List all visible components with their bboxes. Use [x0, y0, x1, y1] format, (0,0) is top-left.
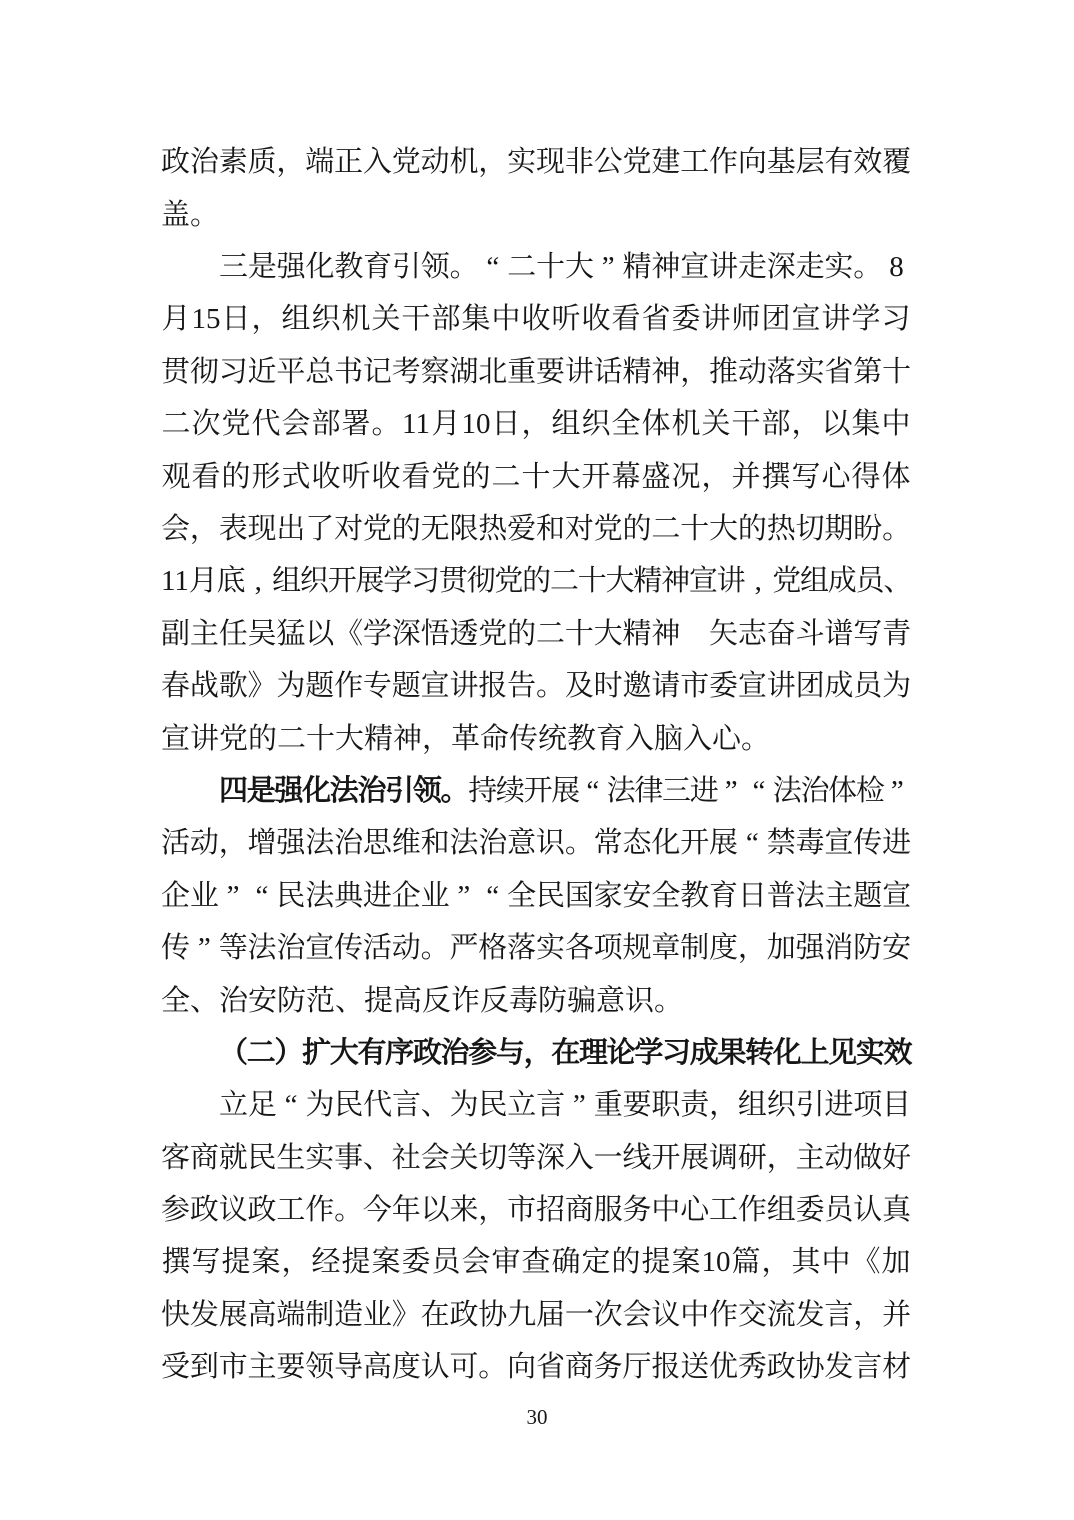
page-number: 30	[0, 1402, 1074, 1432]
text-line: 二次党代会部署。11月10日，组织全体机关干部，以集中	[161, 399, 911, 451]
text-line: 盖。	[161, 189, 911, 241]
text-line: 快发展高端制造业》在政协九届一次会议中作交流发言，并	[161, 1290, 911, 1342]
text-line: 贯彻习近平总书记考察湖北重要讲话精神，推动落实省第十	[161, 347, 911, 399]
text-line: 企业”“民法典进企业”“全民国家安全教育日普法主题宣	[161, 870, 911, 922]
text-line: 受到市主要领导高度认可。向省商务厅报送优秀政协发言材	[161, 1342, 911, 1394]
text-line: 政治素质，端正入党动机，实现非公党建工作向基层有效覆	[161, 137, 911, 189]
text-line: 四是强化法治引领。持续开展“法律三进”“法治体检”	[161, 766, 911, 818]
text-line: 客商就民生实事、社会关切等深入一线开展调研，主动做好	[161, 1132, 911, 1184]
text-line: 参政议政工作。今年以来，市招商服务中心工作组委员认真	[161, 1185, 911, 1237]
document-page: 政治素质，端正入党动机，实现非公党建工作向基层有效覆盖。三是强化教育引领。“二十…	[0, 0, 1074, 1520]
text-line: 全、治安防范、提高反诈反毒防骗意识。	[161, 975, 911, 1027]
text-line: 会，表现出了对党的无限热爱和对党的二十大的热切期盼。	[161, 504, 911, 556]
text-line: （二）扩大有序政治参与，在理论学习成果转化上见实效	[161, 1028, 911, 1080]
text-line: 宣讲党的二十大精神，革命传统教育入脑入心。	[161, 713, 911, 765]
text-line: 副主任吴猛以《学深悟透党的二十大精神 矢志奋斗谱写青	[161, 609, 911, 661]
text-line: 撰写提案，经提案委员会审查确定的提案10篇，其中《加	[161, 1237, 911, 1289]
text-line: 观看的形式收听收看党的二十大开幕盛况，并撰写心得体	[161, 451, 911, 503]
text-line: 活动，增强法治思维和法治意识。常态化开展“禁毒宣传进	[161, 818, 911, 870]
text-block: 政治素质，端正入党动机，实现非公党建工作向基层有效覆盖。三是强化教育引领。“二十…	[161, 137, 911, 1394]
text-line: 春战歌》为题作专题宣讲报告。及时邀请市委宣讲团成员为	[161, 661, 911, 713]
text-line: 11月底,组织开展学习贯彻党的二十大精神宣讲,党组成员、	[161, 556, 911, 608]
text-line: 月15日，组织机关干部集中收听收看省委讲师团宣讲学习	[161, 294, 911, 346]
text-line: 立足“为民代言、为民立言”重要职责，组织引进项目	[161, 1080, 911, 1132]
text-line: 三是强化教育引领。“二十大”精神宣讲走深走实。8	[161, 242, 911, 294]
text-line: 传”等法治宣传活动。严格落实各项规章制度，加强消防安	[161, 923, 911, 975]
